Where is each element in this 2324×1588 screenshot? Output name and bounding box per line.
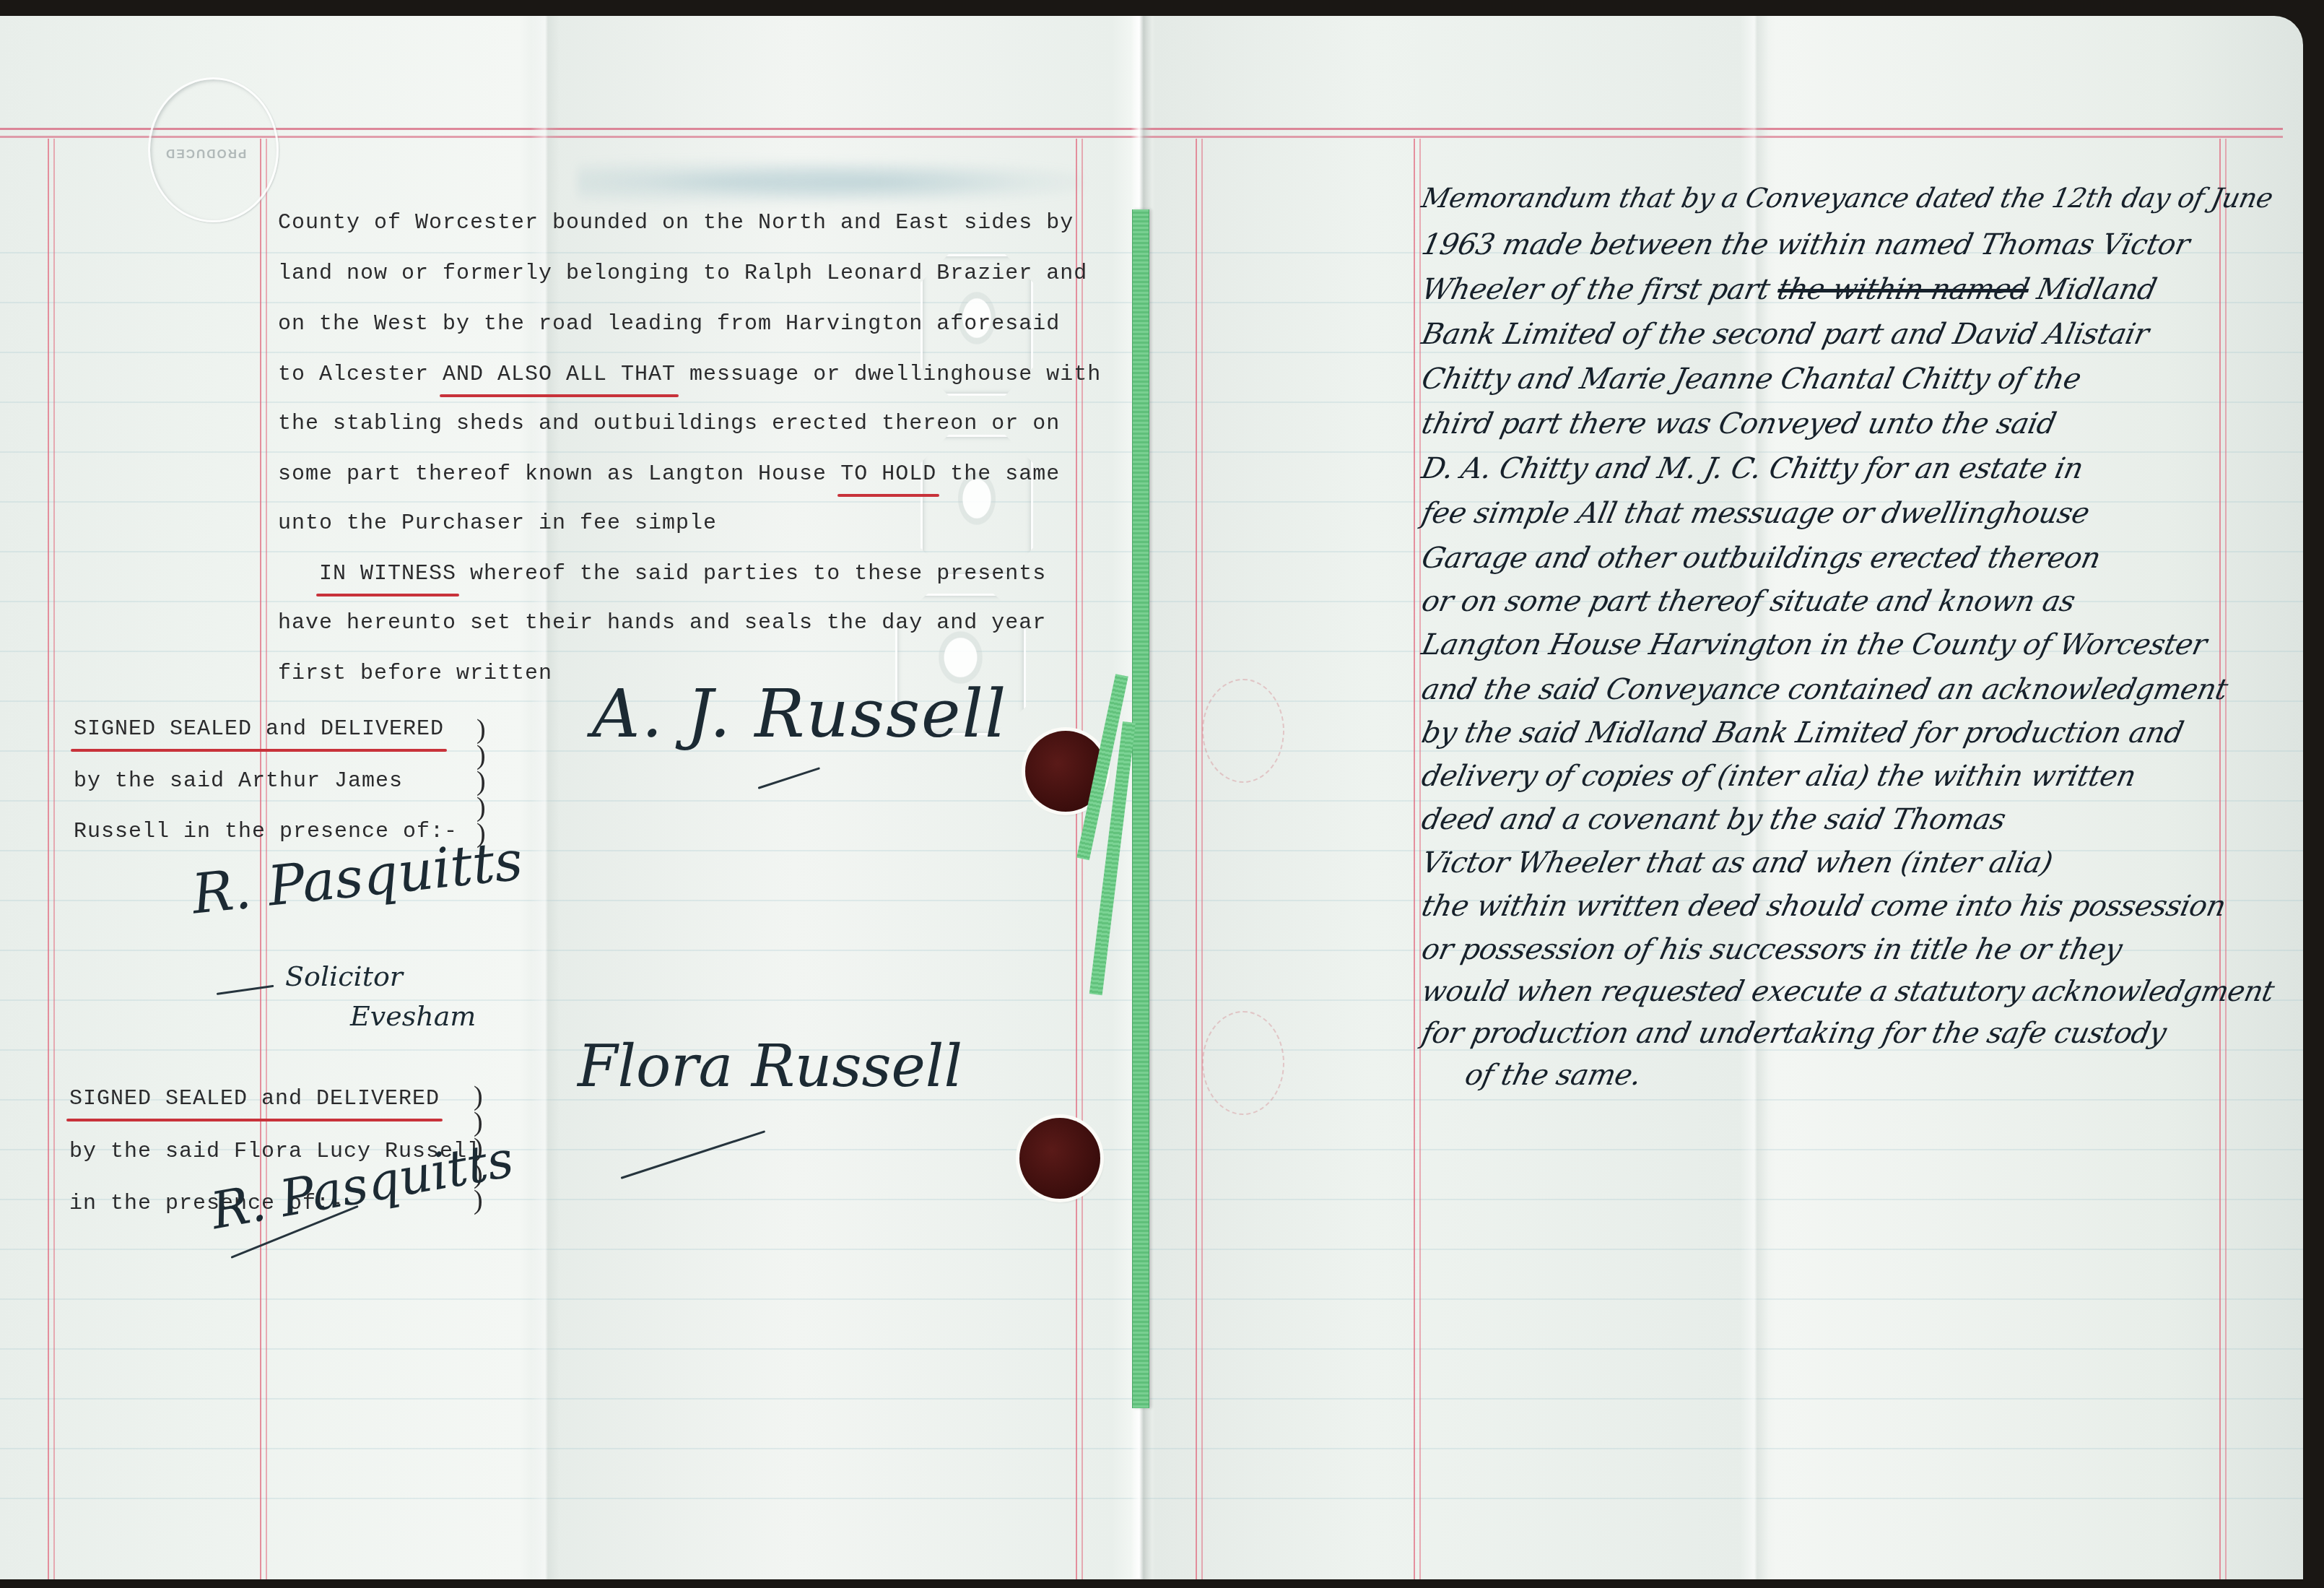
green-binding-ribbon [1132,209,1149,1408]
memo-line: Garage and other outbuildings erected th… [1419,542,2103,575]
body-line: some part thereof known as Langton House… [278,462,1060,487]
memo-line: or possession of his successors in title… [1419,933,2125,966]
signatory-signature: Flora Russell [578,1033,962,1100]
memo-line: Memorandum that by a Conveyance dated th… [1419,182,2276,214]
bracket-column: ) ) ) ) ) [476,716,486,846]
attestation-heading: SIGNED SEALED and DELIVERED [69,1087,440,1111]
margin-rule-left-page-right [1076,139,1083,1579]
memo-line: 1963 made between the within named Thoma… [1419,228,2193,261]
memo-line: third part there was Conveyed unto the s… [1419,407,2059,441]
body-line: IN WITNESS whereof the said parties to t… [278,562,1046,586]
memo-line: by the said Midland Bank Limited for pro… [1419,716,2186,750]
crease-left [531,16,560,1579]
signatory-signature: A. J. Russell [592,675,1007,752]
memo-line: D. A. Chitty and M. J. C. Chitty for an … [1419,452,2086,485]
body-line: to Alcester AND ALSO ALL THAT messuage o… [278,363,1101,387]
memo-line: or on some part thereof situate and know… [1419,585,2078,618]
attestation-heading: SIGNED SEALED and DELIVERED [74,717,444,742]
underlined-phrase: AND ALSO ALL THAT [443,363,676,387]
underlined-phrase: IN WITNESS [319,562,456,586]
memo-line: and the said Conveyance contained an ack… [1419,673,2230,706]
memo-line: deed and a covenant by the said Thomas [1419,803,2009,836]
memo-line: fee simple All that messuage or dwelling… [1419,497,2092,530]
show-through-heading [578,153,1083,211]
wax-seal-2 [1019,1118,1100,1199]
struck-text: the within named [1775,273,2032,306]
body-line: unto the Purchaser in fee simple [278,511,717,536]
faint-stamp-impression [1202,1011,1284,1115]
body-line: the stabling sheds and outbuildings erec… [278,412,1060,436]
margin-rule-right-page-right [2219,139,2227,1579]
body-line: have hereunto set their hands and seals … [278,611,1046,635]
body-line: first before written [278,661,552,686]
memo-line: delivery of copies of (inter alia) the w… [1419,760,2138,793]
witness-description: Evesham [350,1000,476,1032]
memo-line: Langton House Harvington in the County o… [1419,628,2209,661]
body-line: on the West by the road leading from Har… [278,312,1060,337]
memo-line: Victor Wheeler that as and when (inter a… [1419,846,2055,880]
body-line: County of Worcester bounded on the North… [278,211,1074,235]
memo-line: the within written deed should come into… [1419,890,2229,923]
underlined-phrase: TO HOLD [840,462,936,487]
embossed-revenue-stamp-2 [921,435,1033,576]
witness-description: Solicitor [285,960,403,992]
memo-line: Wheeler of the first part the within nam… [1419,273,2159,306]
body-line: land now or formerly belonging to Ralph … [278,261,1087,286]
faint-stamp-impression [1202,679,1284,783]
embossed-duty-stamp: PRODUCED [148,77,279,222]
attestation-line: by the said Arthur James [74,769,403,794]
memo-line: Chitty and Marie Jeanne Chantal Chitty o… [1419,363,2084,396]
memo-line: would when requested execute a statutory… [1419,975,2277,1008]
memo-line: for production and undertaking for the s… [1419,1017,2169,1050]
emboss-stamp-text: PRODUCED [165,146,246,160]
memo-line: of the same. [1462,1059,1644,1092]
margin-rule-right-page-inner [1414,139,1421,1579]
memo-line: Bank Limited of the second part and Davi… [1419,318,2151,351]
margin-rule-right-page-left [1196,139,1203,1579]
margin-rule-left-outer [48,139,55,1579]
